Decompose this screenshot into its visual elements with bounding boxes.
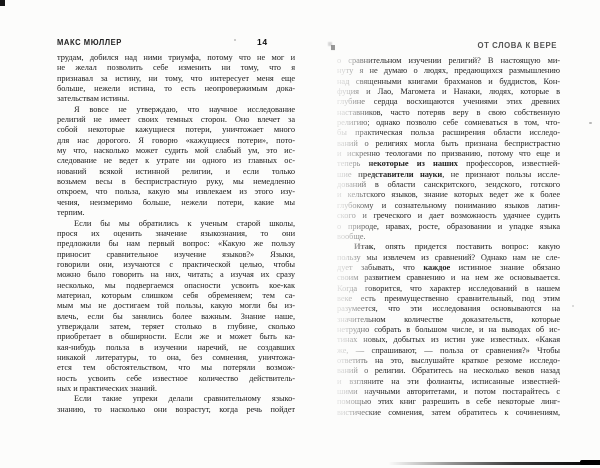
scan-edge-shadow (388, 462, 600, 465)
text-line: помощью этих книг разрешить в себе некот… (337, 397, 560, 407)
text-line: о сравнительном изучении религий? В наст… (337, 56, 560, 66)
text-line: ваний о религиях могла быть признана бес… (337, 139, 560, 149)
text-line: можно было говорить на них, читать; а из… (57, 270, 295, 280)
text-line: чения, неизмеримо больше, нежели потери,… (57, 198, 295, 208)
text-line: влечь, если бы занялись более важным. Зн… (57, 312, 295, 322)
text-line: религию; однако позволю себе сомневаться… (337, 118, 560, 128)
text-line: вистические сомнения, затем обратитесь к… (337, 408, 560, 418)
text-line: Когда говорится, что характер исследован… (337, 284, 560, 294)
book-spread: МАКС МЮЛЛЕР 14 трудам, добился над ними … (0, 0, 600, 468)
text-line: ность усвоить себе известное количество … (57, 374, 295, 384)
text-line: материал, которым слишком себя обременяе… (57, 291, 295, 301)
text-line: Итак, опять придется поставить вопрос: к… (337, 242, 560, 252)
text-line: ных и практических знаний. (57, 384, 295, 394)
text-line: возьмем весы в беспристрастную руку, мы … (57, 177, 295, 187)
text-line: тинах новых, добытых из истин уже извест… (337, 335, 560, 345)
text-line: несколько, мы подвергаемся опасности усв… (57, 281, 295, 291)
text-line: шие представители науки, не признают пол… (337, 170, 560, 180)
text-line: прося их оценить значение языкознания, т… (57, 229, 295, 239)
text-line: зательствам истины. (57, 94, 295, 104)
text-line: нуту я не думаю о людях, предающихся раз… (337, 66, 560, 76)
text-line: дований в области санскритского, зендско… (337, 180, 560, 190)
page-number-right-faded-smudge (328, 42, 336, 51)
text-line: наставников, часто потеряв веру в свою с… (337, 108, 560, 118)
smudge-blob (328, 42, 332, 46)
text-line: теперь некоторые из наших профессоров, и… (337, 159, 560, 169)
page-number-left: 14 (257, 37, 268, 47)
text-line: откроем, что польза, какую мы извлекаем … (57, 187, 295, 197)
running-header-author: МАКС МЮЛЛЕР (57, 38, 122, 47)
text-line: ского и греческого и дает возможность уд… (337, 211, 560, 221)
text-line: фуция и Лао, Магомета и Нанаки, людях, к… (337, 87, 560, 97)
text-line: разумеется, что эти исследования основыв… (337, 304, 560, 314)
text-line: трудам, добился над ними триумфа, потому… (57, 53, 295, 63)
text-line: му что, насколько может судить мой слабы… (57, 146, 295, 156)
text-line: мым мы не достигаем той пользы, какую мо… (57, 301, 295, 311)
page-left-text-column: трудам, добился над ними триумфа, потому… (57, 53, 295, 415)
text-line: следование не ведет к утрате ни одного и… (57, 156, 295, 166)
text-line: ответить на это, выслушайте краткое резю… (337, 356, 560, 366)
text-line: говорили они, изучаются с практической ц… (57, 260, 295, 270)
text-line: своим развитием сравнению и на нем же ос… (337, 273, 560, 283)
text-line: признавал за истину, ни тому, что интере… (57, 74, 295, 84)
text-line: предложили бы нам первый вопрос: «Какую … (57, 239, 295, 249)
text-line: дует забывать, что каждое истинное знани… (337, 263, 560, 273)
text-line: бы практическая польза расширения област… (337, 128, 560, 138)
text-line: собой некоторые кажущиеся потери, уничто… (57, 125, 295, 135)
text-line: знанию, то насколько они возрастут, когд… (57, 405, 295, 415)
text-line: Если бы мы обратились к ученым старой шк… (57, 219, 295, 229)
text-line: больше, нежели истина, то есть неопровер… (57, 84, 295, 94)
text-line: и взгляните на эти фолианты, исписанные … (337, 377, 560, 387)
text-line: глубине сердца восхищаются учениями этих… (337, 97, 560, 107)
smudge-blob (331, 45, 335, 51)
text-line: значительном количестве доказательств, к… (337, 315, 560, 325)
text-line: для нас дорогого. Я говорю «кажущиеся по… (57, 136, 295, 146)
text-line: веке есть преимущественно сравнительный,… (337, 294, 560, 304)
text-line: кая-нибудь польза в изучении наречий, не… (57, 343, 295, 353)
text-line: религий не имеет своих темных сторон. Он… (57, 115, 295, 125)
scan-speck-header (234, 39, 236, 41)
text-line: нований всякой истинной религии, и если … (57, 167, 295, 177)
text-line: Если такие упреки делали сравнительному … (57, 394, 295, 404)
text-line: шими научными авторитетами, и потом пост… (337, 387, 560, 397)
text-line: Я вовсе не утверждаю, что научное исслед… (57, 105, 295, 115)
text-line: нетрудно собрать в большом числе, и на в… (337, 325, 560, 335)
scan-speck-margin-2 (572, 305, 574, 307)
text-line: о природе, нравах, росте, образовании и … (337, 222, 560, 232)
text-line: и искренно теологами по призванию, потом… (337, 149, 560, 159)
scan-edge-shadow-corner (580, 460, 600, 465)
scan-speck-margin-1 (589, 122, 592, 124)
text-line: над священными книгами брахманов и будди… (337, 77, 560, 87)
text-line: не желал позволить себе изменить ни тому… (57, 63, 295, 73)
text-line: терпим. (57, 208, 295, 218)
text-line: глубокому и сознательному пониманию язык… (337, 201, 560, 211)
text-line: же, — спрашивают, — польза от сравнения?… (337, 346, 560, 356)
text-line: никакой литературы, то она, без сомнения… (57, 353, 295, 363)
text-line: приносит сравнительное изучение языков?»… (57, 250, 295, 260)
running-header-book-title: ОТ СЛОВА К ВЕРЕ (477, 41, 557, 50)
text-line: пользу мы извлечем из сравнений? Однако … (337, 253, 560, 263)
text-line: ется тем обстоятельством, что мы потерял… (57, 363, 295, 373)
text-line: вообще. (337, 232, 560, 242)
text-line: приобретает в обширности. Если же и може… (57, 332, 295, 342)
text-line: ваний о религии. Обратитесь на несколько… (337, 366, 560, 376)
page-right-text-column: о сравнительном изучении религий? В наст… (337, 56, 560, 418)
text-line: утверждали затем, теряет столько в глуби… (57, 322, 295, 332)
scan-speck-corner (0, 0, 5, 6)
text-line: и кельтского языков, знание которых веде… (337, 190, 560, 200)
